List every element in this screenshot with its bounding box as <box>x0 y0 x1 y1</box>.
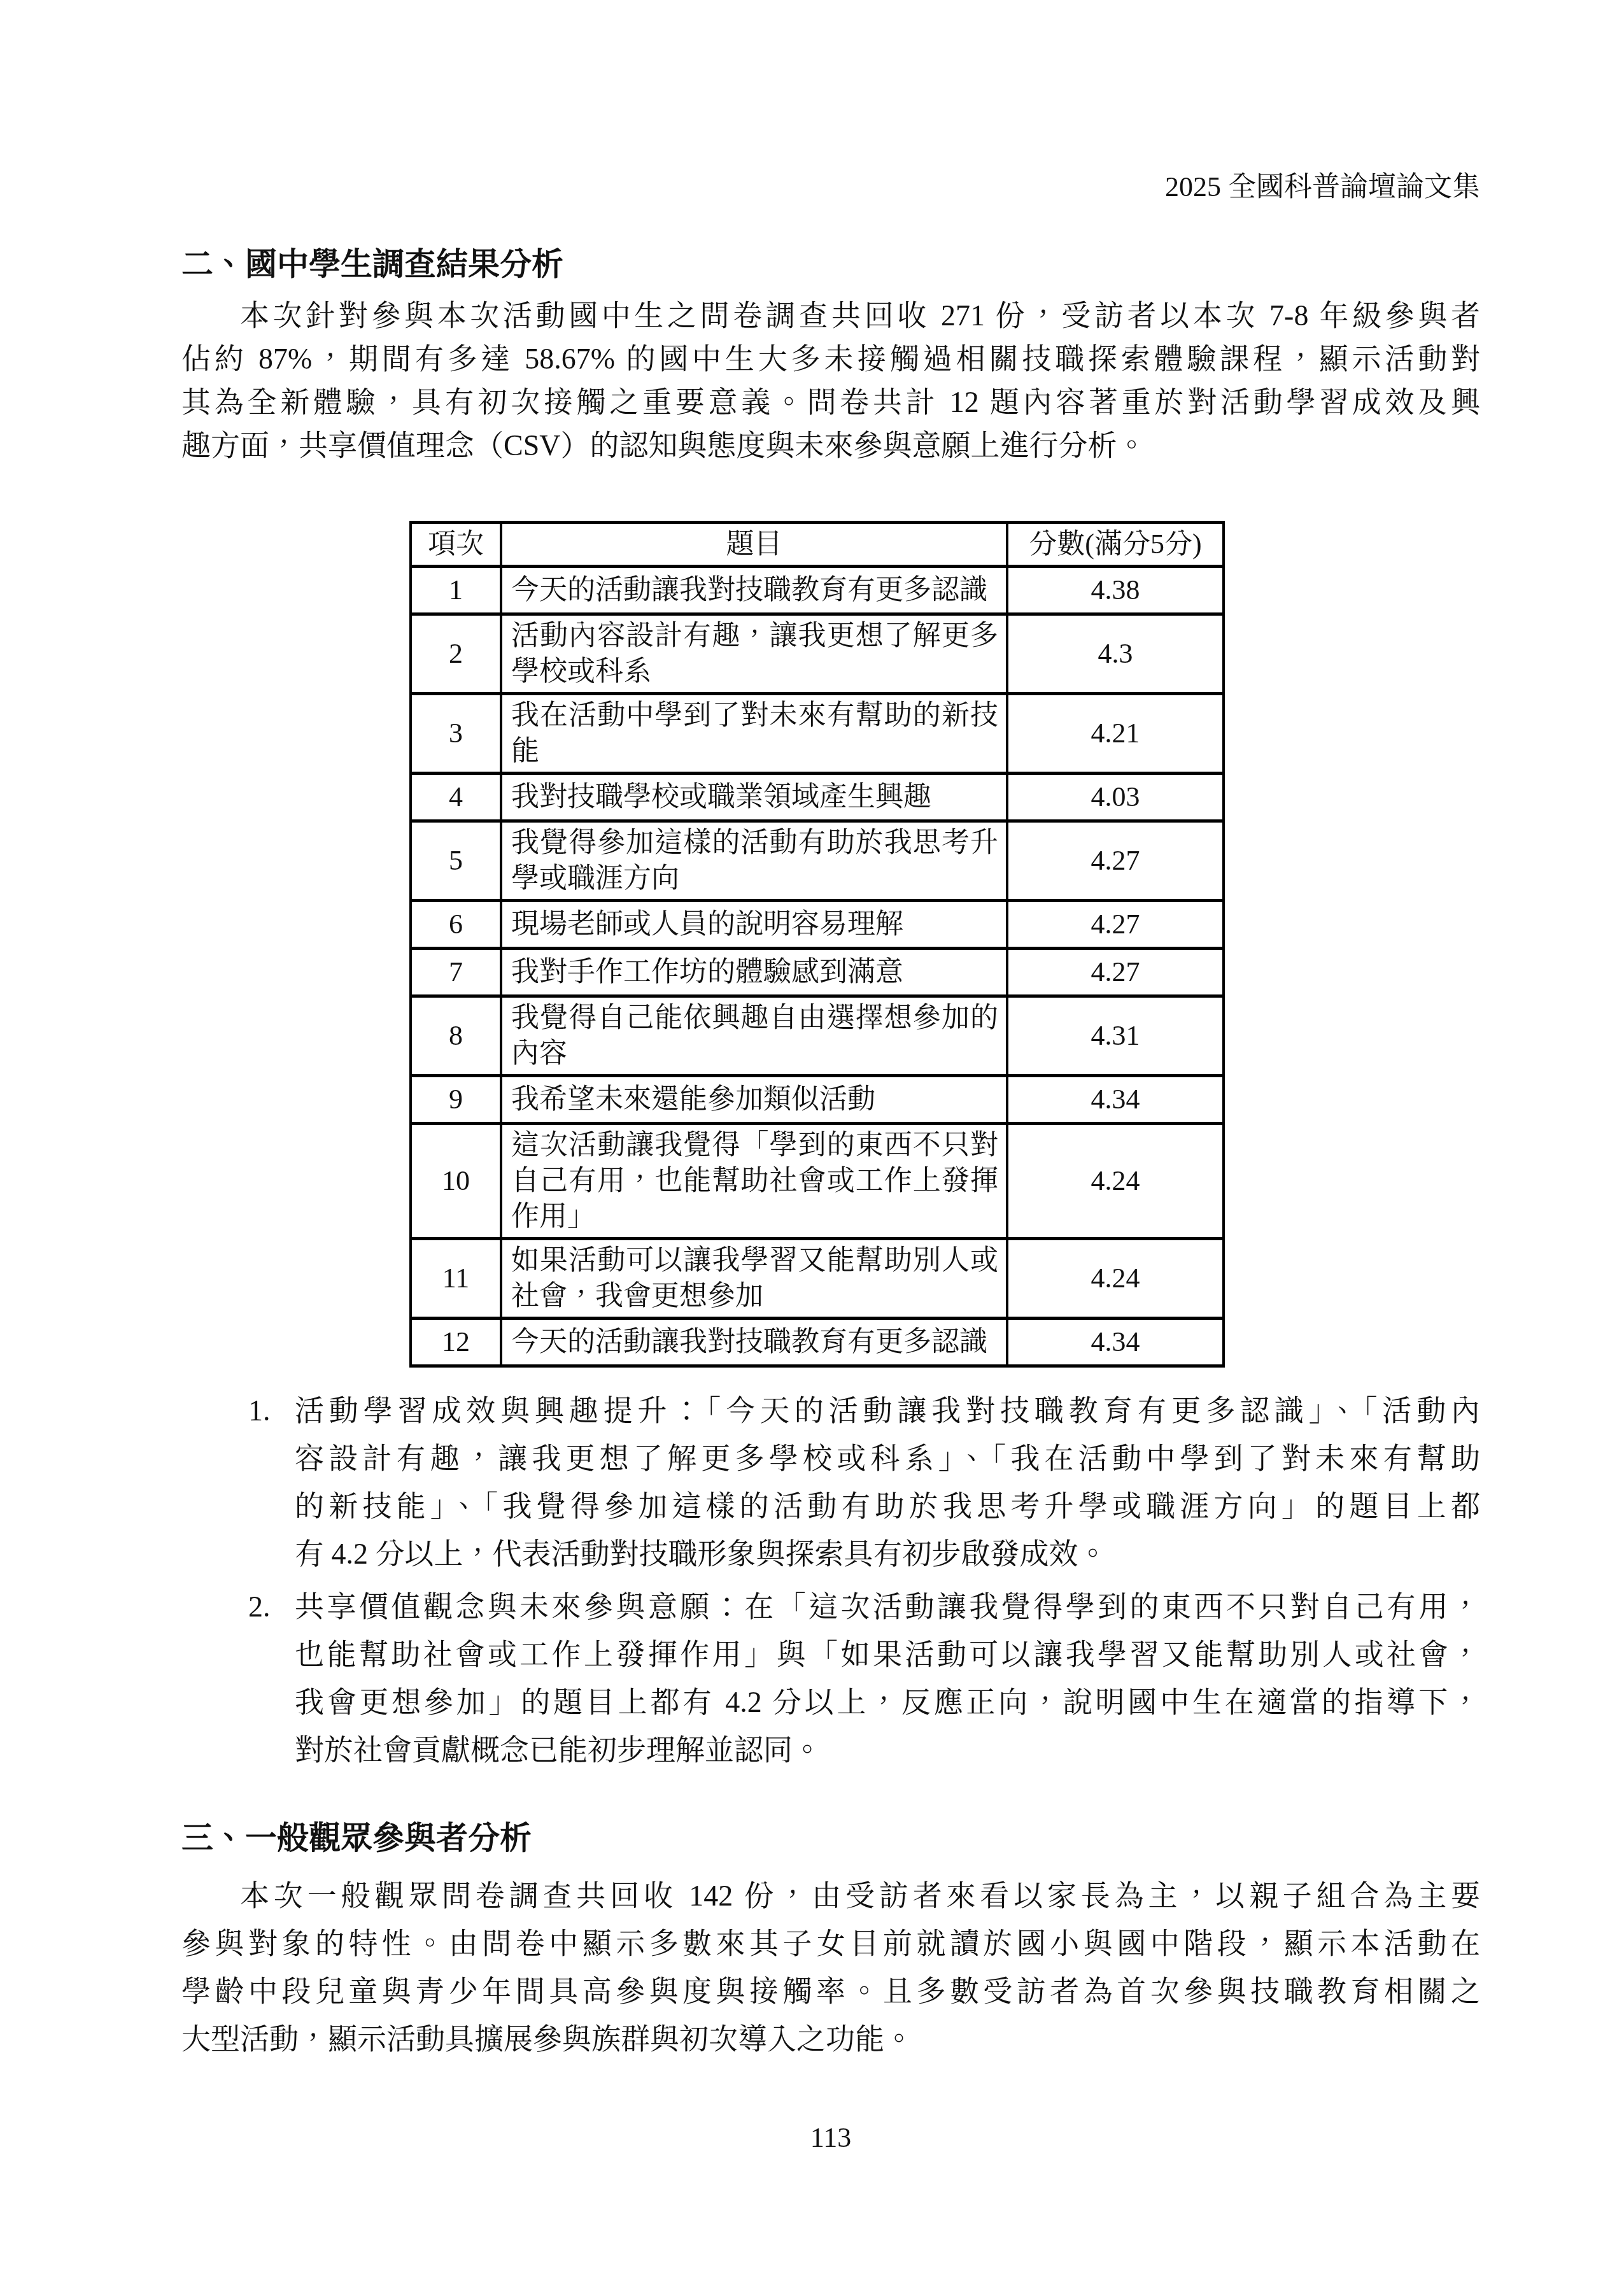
table-row: 9 我希望未來還能參加類似活動 4.34 <box>411 1076 1224 1124</box>
paragraph-line: 本次一般觀眾問卷調查共回收 142 份，由受訪者來看以家長為主，以親子組合為主要 <box>181 1872 1480 1920</box>
cell-item-no: 12 <box>411 1319 501 1366</box>
page-number: 113 <box>181 2121 1480 2154</box>
cell-score: 4.24 <box>1007 1239 1224 1319</box>
cell-item-no: 11 <box>411 1239 501 1319</box>
cell-score: 4.24 <box>1007 1124 1224 1239</box>
table-row: 12 今天的活動讓我對技職教育有更多認識 4.34 <box>411 1319 1224 1366</box>
section3-heading: 三、一般觀眾參與者分析 <box>181 1818 1480 1858</box>
column-header-item-no: 項次 <box>411 523 501 567</box>
cell-item-no: 3 <box>411 694 501 774</box>
column-header-question: 題目 <box>501 523 1007 567</box>
cell-question: 活動內容設計有趣，讓我更想了解更多學校或科系 <box>501 614 1007 694</box>
cell-score: 4.21 <box>1007 694 1224 774</box>
cell-question: 我覺得自己能依興趣自由選擇想參加的內容 <box>501 996 1007 1076</box>
cell-question: 我在活動中學到了對未來有幫助的新技能 <box>501 694 1007 774</box>
table-row: 6 現場老師或人員的說明容易理解 4.27 <box>411 901 1224 949</box>
list-line: 容設計有趣，讓我更想了解更多學校或科系」、「我在活動中學到了對未來有幫助 <box>295 1434 1480 1482</box>
cell-item-no: 5 <box>411 821 501 901</box>
cell-question: 現場老師或人員的說明容易理解 <box>501 901 1007 949</box>
cell-item-no: 10 <box>411 1124 501 1239</box>
list-line: 活動學習成效與興趣提升：「今天的活動讓我對技職教育有更多認識」、「活動內 <box>295 1387 1480 1434</box>
cell-item-no: 8 <box>411 996 501 1076</box>
section2-heading: 二、國中學生調查結果分析 <box>181 244 1480 284</box>
table-row: 1 今天的活動讓我對技職教育有更多認識 4.38 <box>411 567 1224 614</box>
list-line: 我會更想參加」的題目上都有 4.2 分以上，反應正向，說明國中生在適當的指導下， <box>295 1678 1480 1726</box>
cell-question: 我對手作工作坊的體驗感到滿意 <box>501 949 1007 996</box>
list-item: 1. 活動學習成效與興趣提升：「今天的活動讓我對技職教育有更多認識」、「活動內 … <box>181 1387 1480 1578</box>
table-row: 5 我覺得參加這樣的活動有助於我思考升學或職涯方向 4.27 <box>411 821 1224 901</box>
cell-score: 4.34 <box>1007 1076 1224 1124</box>
cell-score: 4.3 <box>1007 614 1224 694</box>
section3-paragraph: 本次一般觀眾問卷調查共回收 142 份，由受訪者來看以家長為主，以親子組合為主要… <box>181 1872 1480 2063</box>
list-line: 也能幫助社會或工作上發揮作用」與「如果活動可以讓我學習又能幫助別人或社會， <box>295 1631 1480 1678</box>
cell-score: 4.31 <box>1007 996 1224 1076</box>
section2-paragraph: 本次針對參與本次活動國中生之問卷調查共回收 271 份，受訪者以本次 7-8 年… <box>181 294 1480 467</box>
cell-score: 4.38 <box>1007 567 1224 614</box>
paragraph-line: 本次針對參與本次活動國中生之問卷調查共回收 271 份，受訪者以本次 7-8 年… <box>181 294 1480 337</box>
cell-item-no: 9 <box>411 1076 501 1124</box>
list-item: 2. 共享價值觀念與未來參與意願：在「這次活動讓我覺得學到的東西不只對自己有用，… <box>181 1583 1480 1774</box>
paragraph-line: 趣方面，共享價值理念（CSV）的認知與態度與未來參與意願上進行分析。 <box>181 424 1480 467</box>
cell-item-no: 7 <box>411 949 501 996</box>
cell-question: 今天的活動讓我對技職教育有更多認識 <box>501 1319 1007 1366</box>
list-line: 有 4.2 分以上，代表活動對技職形象與探索具有初步啟發成效。 <box>295 1530 1480 1578</box>
table-row: 4 我對技職學校或職業領域產生興趣 4.03 <box>411 774 1224 821</box>
document-page: { "page": { "header": "2025 全國科普論壇論文集", … <box>0 0 1624 2278</box>
page-content: 2025 全國科普論壇論文集 二、國中學生調查結果分析 本次針對參與本次活動國中… <box>181 0 1480 2154</box>
cell-score: 4.34 <box>1007 1319 1224 1366</box>
table-row: 3 我在活動中學到了對未來有幫助的新技能 4.21 <box>411 694 1224 774</box>
cell-score: 4.27 <box>1007 949 1224 996</box>
cell-score: 4.03 <box>1007 774 1224 821</box>
cell-score: 4.27 <box>1007 821 1224 901</box>
table-header-row: 項次 題目 分數(滿分5分) <box>411 523 1224 567</box>
cell-question: 我對技職學校或職業領域產生興趣 <box>501 774 1007 821</box>
table-row: 10 這次活動讓我覺得「學到的東西不只對自己有用，也能幫助社會或工作上發揮作用」… <box>411 1124 1224 1239</box>
survey-scores-table: 項次 題目 分數(滿分5分) 1 今天的活動讓我對技職教育有更多認識 4.38 … <box>409 521 1225 1368</box>
cell-score: 4.27 <box>1007 901 1224 949</box>
cell-question: 我覺得參加這樣的活動有助於我思考升學或職涯方向 <box>501 821 1007 901</box>
list-line: 對於社會貢獻概念已能初步理解並認同。 <box>295 1726 1480 1774</box>
list-line: 共享價值觀念與未來參與意願：在「這次活動讓我覺得學到的東西不只對自己有用， <box>295 1583 1480 1631</box>
findings-list: 1. 活動學習成效與興趣提升：「今天的活動讓我對技職教育有更多認識」、「活動內 … <box>181 1387 1480 1774</box>
table-row: 11 如果活動可以讓我學習又能幫助別人或社會，我會更想參加 4.24 <box>411 1239 1224 1319</box>
list-line: 的新技能」、「我覺得參加這樣的活動有助於我思考升學或職涯方向」的題目上都 <box>295 1482 1480 1530</box>
cell-question: 這次活動讓我覺得「學到的東西不只對自己有用，也能幫助社會或工作上發揮作用」 <box>501 1124 1007 1239</box>
cell-item-no: 1 <box>411 567 501 614</box>
paragraph-line: 學齡中段兒童與青少年間具高參與度與接觸率。且多數受訪者為首次參與技職教育相關之 <box>181 1967 1480 2015</box>
paragraph-line: 佔約 87%，期間有多達 58.67% 的國中生大多未接觸過相關技職探索體驗課程… <box>181 337 1480 381</box>
table-row: 8 我覺得自己能依興趣自由選擇想參加的內容 4.31 <box>411 996 1224 1076</box>
table-row: 7 我對手作工作坊的體驗感到滿意 4.27 <box>411 949 1224 996</box>
cell-item-no: 2 <box>411 614 501 694</box>
cell-question: 我希望未來還能參加類似活動 <box>501 1076 1007 1124</box>
cell-question: 今天的活動讓我對技職教育有更多認識 <box>501 567 1007 614</box>
running-header: 2025 全國科普論壇論文集 <box>181 0 1480 204</box>
paragraph-line: 參與對象的特性。由問卷中顯示多數來其子女目前就讀於國小與國中階段，顯示本活動在 <box>181 1920 1480 1967</box>
paragraph-line: 大型活動，顯示活動具擴展參與族群與初次導入之功能。 <box>181 2015 1480 2063</box>
cell-item-no: 4 <box>411 774 501 821</box>
cell-item-no: 6 <box>411 901 501 949</box>
column-header-score: 分數(滿分5分) <box>1007 523 1224 567</box>
table-row: 2 活動內容設計有趣，讓我更想了解更多學校或科系 4.3 <box>411 614 1224 694</box>
list-marker: 2. <box>248 1583 271 1631</box>
paragraph-line: 其為全新體驗，具有初次接觸之重要意義。問卷共計 12 題內容著重於對活動學習成效… <box>181 381 1480 424</box>
cell-question: 如果活動可以讓我學習又能幫助別人或社會，我會更想參加 <box>501 1239 1007 1319</box>
list-marker: 1. <box>248 1387 271 1434</box>
